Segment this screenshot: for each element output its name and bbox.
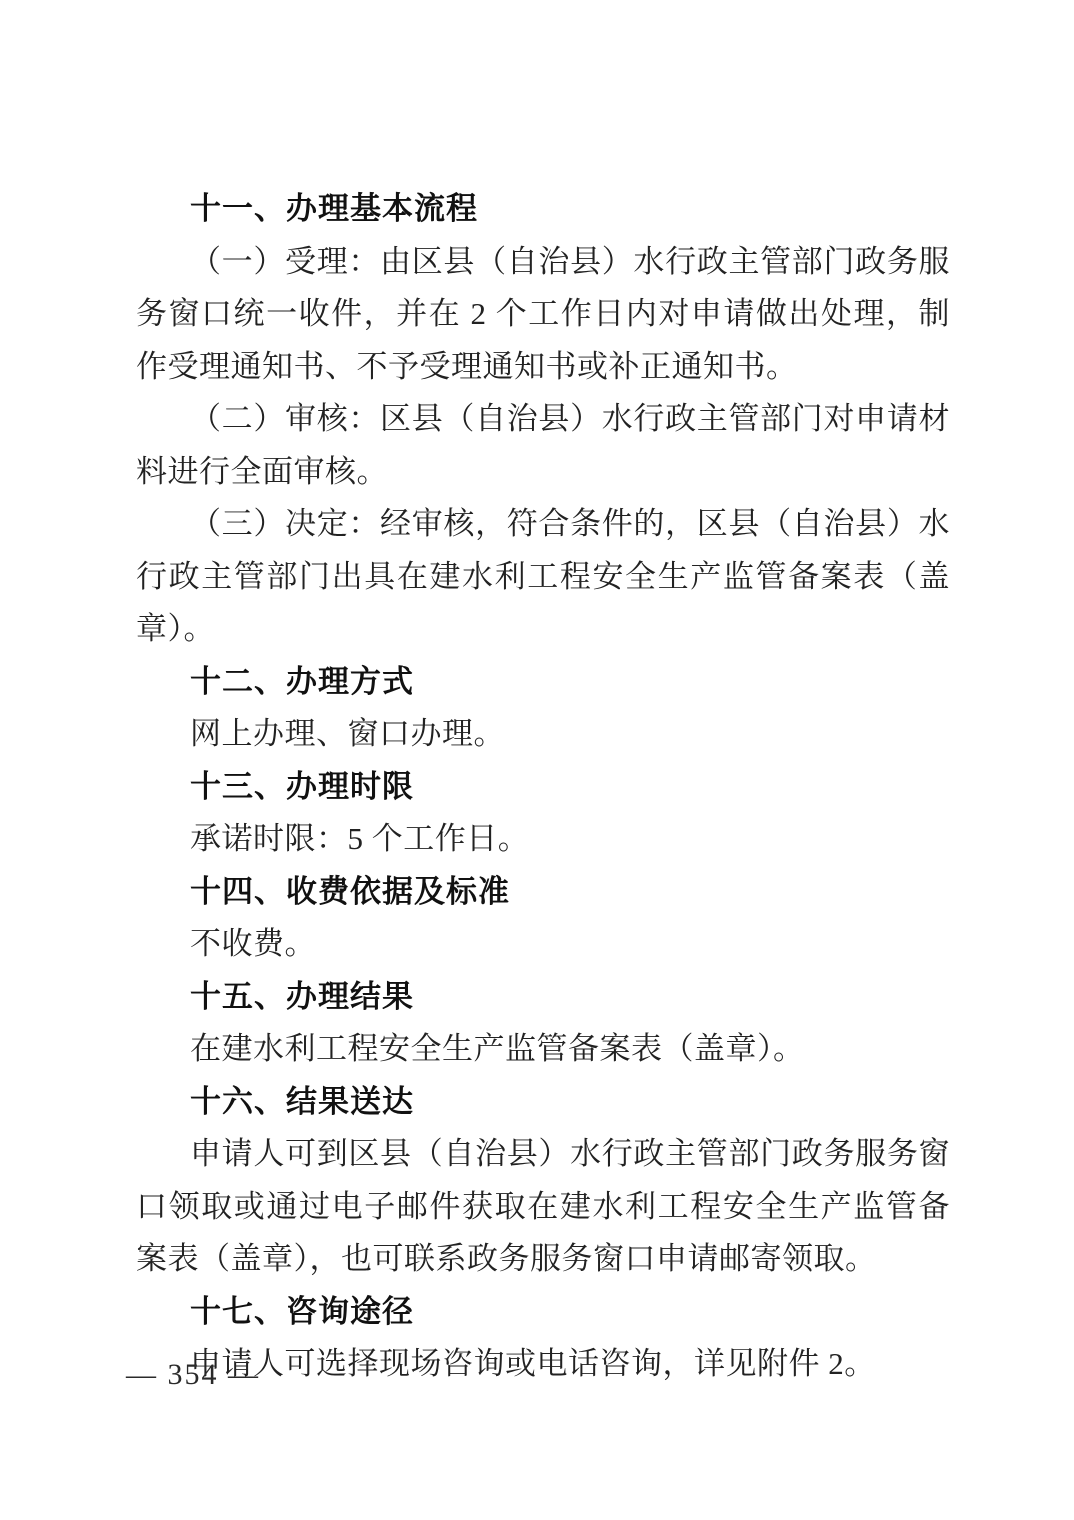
paragraph: （二）审核：区县（自治县）水行政主管部门对申请材料进行全面审核。 xyxy=(136,393,950,498)
page-number: — 354 — xyxy=(126,1358,260,1392)
paragraph: 不收费。 xyxy=(136,918,950,971)
paragraph: 网上办理、窗口办理。 xyxy=(136,708,950,761)
section-heading: 十五、办理结果 xyxy=(136,971,950,1024)
section-heading: 十二、办理方式 xyxy=(136,656,950,709)
document-page: 十一、办理基本流程 （一）受理：由区县（自治县）水行政主管部门政务服务窗口统一收… xyxy=(0,0,1074,1520)
section-heading: 十四、收费依据及标准 xyxy=(136,866,950,919)
section-12-handling-method: 十二、办理方式 网上办理、窗口办理。 xyxy=(136,656,950,761)
section-heading: 十七、咨询途径 xyxy=(136,1286,950,1339)
document-body: 十一、办理基本流程 （一）受理：由区县（自治县）水行政主管部门政务服务窗口统一收… xyxy=(136,183,950,1391)
paragraph: 在建水利工程安全生产监管备案表（盖章）。 xyxy=(136,1023,950,1076)
section-heading: 十一、办理基本流程 xyxy=(136,183,950,236)
section-heading: 十三、办理时限 xyxy=(136,761,950,814)
section-15-result: 十五、办理结果 在建水利工程安全生产监管备案表（盖章）。 xyxy=(136,971,950,1076)
section-16-result-delivery: 十六、结果送达 申请人可到区县（自治县）水行政主管部门政务服务窗口领取或通过电子… xyxy=(136,1076,950,1286)
paragraph: （三）决定：经审核，符合条件的，区县（自治县）水行政主管部门出具在建水利工程安全… xyxy=(136,498,950,656)
section-13-time-limit: 十三、办理时限 承诺时限：5 个工作日。 xyxy=(136,761,950,866)
paragraph: （一）受理：由区县（自治县）水行政主管部门政务服务窗口统一收件，并在 2 个工作… xyxy=(136,236,950,394)
section-heading: 十六、结果送达 xyxy=(136,1076,950,1129)
section-14-fees: 十四、收费依据及标准 不收费。 xyxy=(136,866,950,971)
section-11-basic-process: 十一、办理基本流程 （一）受理：由区县（自治县）水行政主管部门政务服务窗口统一收… xyxy=(136,183,950,656)
paragraph: 申请人可到区县（自治县）水行政主管部门政务服务窗口领取或通过电子邮件获取在建水利… xyxy=(136,1128,950,1286)
paragraph: 承诺时限：5 个工作日。 xyxy=(136,813,950,866)
